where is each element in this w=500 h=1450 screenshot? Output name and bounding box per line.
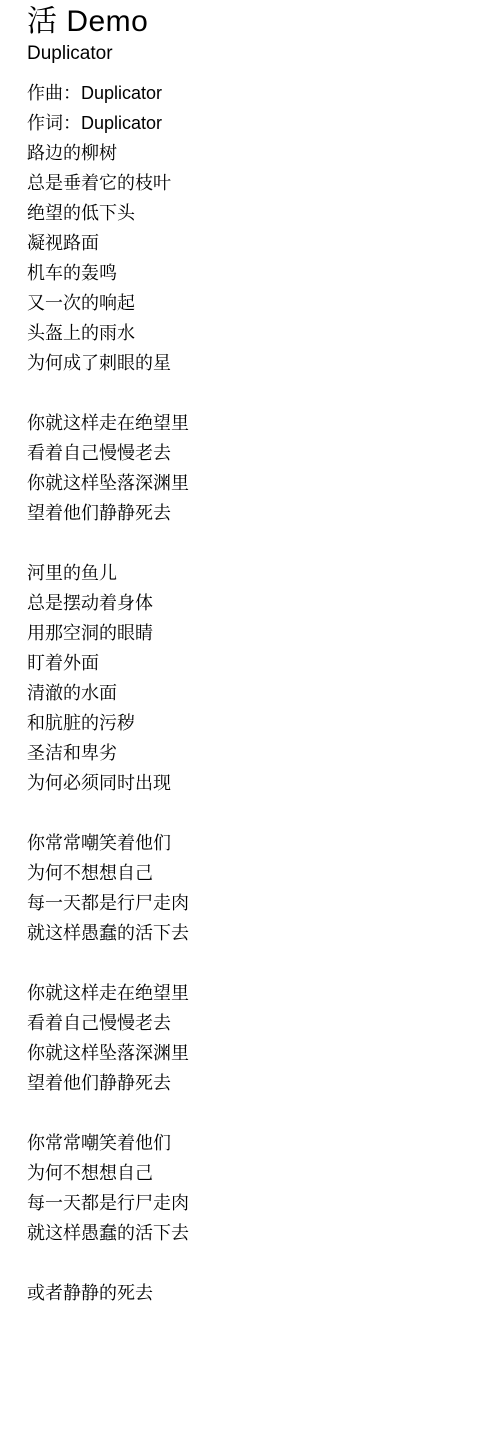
lyric-line: 和肮脏的污秽 <box>27 708 480 738</box>
lyric-line: 又一次的响起 <box>27 288 480 318</box>
lyric-line: 你就这样坠落深渊里 <box>27 1038 480 1068</box>
lyric-line: 总是摆动着身体 <box>27 588 480 618</box>
lyric-line: 清澈的水面 <box>27 678 480 708</box>
lyric-line: 望着他们静静死去 <box>27 498 480 528</box>
stanza-4: 你常常嘲笑着他们 为何不想想自己 每一天都是行尸走肉 就这样愚蠢的活下去 <box>27 828 480 948</box>
stanza-2: 你就这样走在绝望里 看着自己慢慢老去 你就这样坠落深渊里 望着他们静静死去 <box>27 408 480 528</box>
song-title: 活 Demo <box>27 2 480 42</box>
lyric-line: 就这样愚蠢的活下去 <box>27 1218 480 1248</box>
lyric-line: 盯着外面 <box>27 648 480 678</box>
lyrics-body: 作曲：Duplicator 作词：Duplicator 路边的柳树 总是垂着它的… <box>27 78 480 1308</box>
lyric-line: 看着自己慢慢老去 <box>27 438 480 468</box>
stanza-3: 河里的鱼儿 总是摆动着身体 用那空洞的眼睛 盯着外面 清澈的水面 和肮脏的污秽 … <box>27 558 480 798</box>
lyric-line: 为何不想想自己 <box>27 858 480 888</box>
lyric-line: 凝视路面 <box>27 228 480 258</box>
lyric-line: 路边的柳树 <box>27 138 480 168</box>
lyric-line: 头盔上的雨水 <box>27 318 480 348</box>
lyric-line: 总是垂着它的枝叶 <box>27 168 480 198</box>
stanza-5: 你就这样走在绝望里 看着自己慢慢老去 你就这样坠落深渊里 望着他们静静死去 <box>27 978 480 1098</box>
lyric-line: 每一天都是行尸走肉 <box>27 888 480 918</box>
lyric-line: 绝望的低下头 <box>27 198 480 228</box>
lyric-line: 或者静静的死去 <box>27 1278 480 1308</box>
stanza-1: 路边的柳树 总是垂着它的枝叶 绝望的低下头 凝视路面 机车的轰鸣 又一次的响起 … <box>27 138 480 378</box>
stanza-7: 或者静静的死去 <box>27 1278 480 1308</box>
credits-block: 作曲：Duplicator 作词：Duplicator <box>27 78 480 138</box>
lyric-line: 你就这样走在绝望里 <box>27 408 480 438</box>
lyric-line: 机车的轰鸣 <box>27 258 480 288</box>
lyric-line: 为何必须同时出现 <box>27 768 480 798</box>
lyric-line: 你就这样走在绝望里 <box>27 978 480 1008</box>
lyric-line: 用那空洞的眼睛 <box>27 618 480 648</box>
lyric-line: 每一天都是行尸走肉 <box>27 1188 480 1218</box>
artist-name: Duplicator <box>27 42 480 66</box>
lyric-line: 就这样愚蠢的活下去 <box>27 918 480 948</box>
lyrics-page: 活 Demo Duplicator 作曲：Duplicator 作词：Dupli… <box>0 0 500 1450</box>
lyric-line: 你常常嘲笑着他们 <box>27 1128 480 1158</box>
lyric-line: 望着他们静静死去 <box>27 1068 480 1098</box>
lyric-line: 为何成了刺眼的星 <box>27 348 480 378</box>
lyric-line: 看着自己慢慢老去 <box>27 1008 480 1038</box>
lyric-line: 你常常嘲笑着他们 <box>27 828 480 858</box>
lyric-line: 为何不想想自己 <box>27 1158 480 1188</box>
lyric-line: 你就这样坠落深渊里 <box>27 468 480 498</box>
credit-composer: 作曲：Duplicator <box>27 78 480 108</box>
credit-lyricist: 作词：Duplicator <box>27 108 480 138</box>
stanza-6: 你常常嘲笑着他们 为何不想想自己 每一天都是行尸走肉 就这样愚蠢的活下去 <box>27 1128 480 1248</box>
lyric-line: 河里的鱼儿 <box>27 558 480 588</box>
lyric-line: 圣洁和卑劣 <box>27 738 480 768</box>
